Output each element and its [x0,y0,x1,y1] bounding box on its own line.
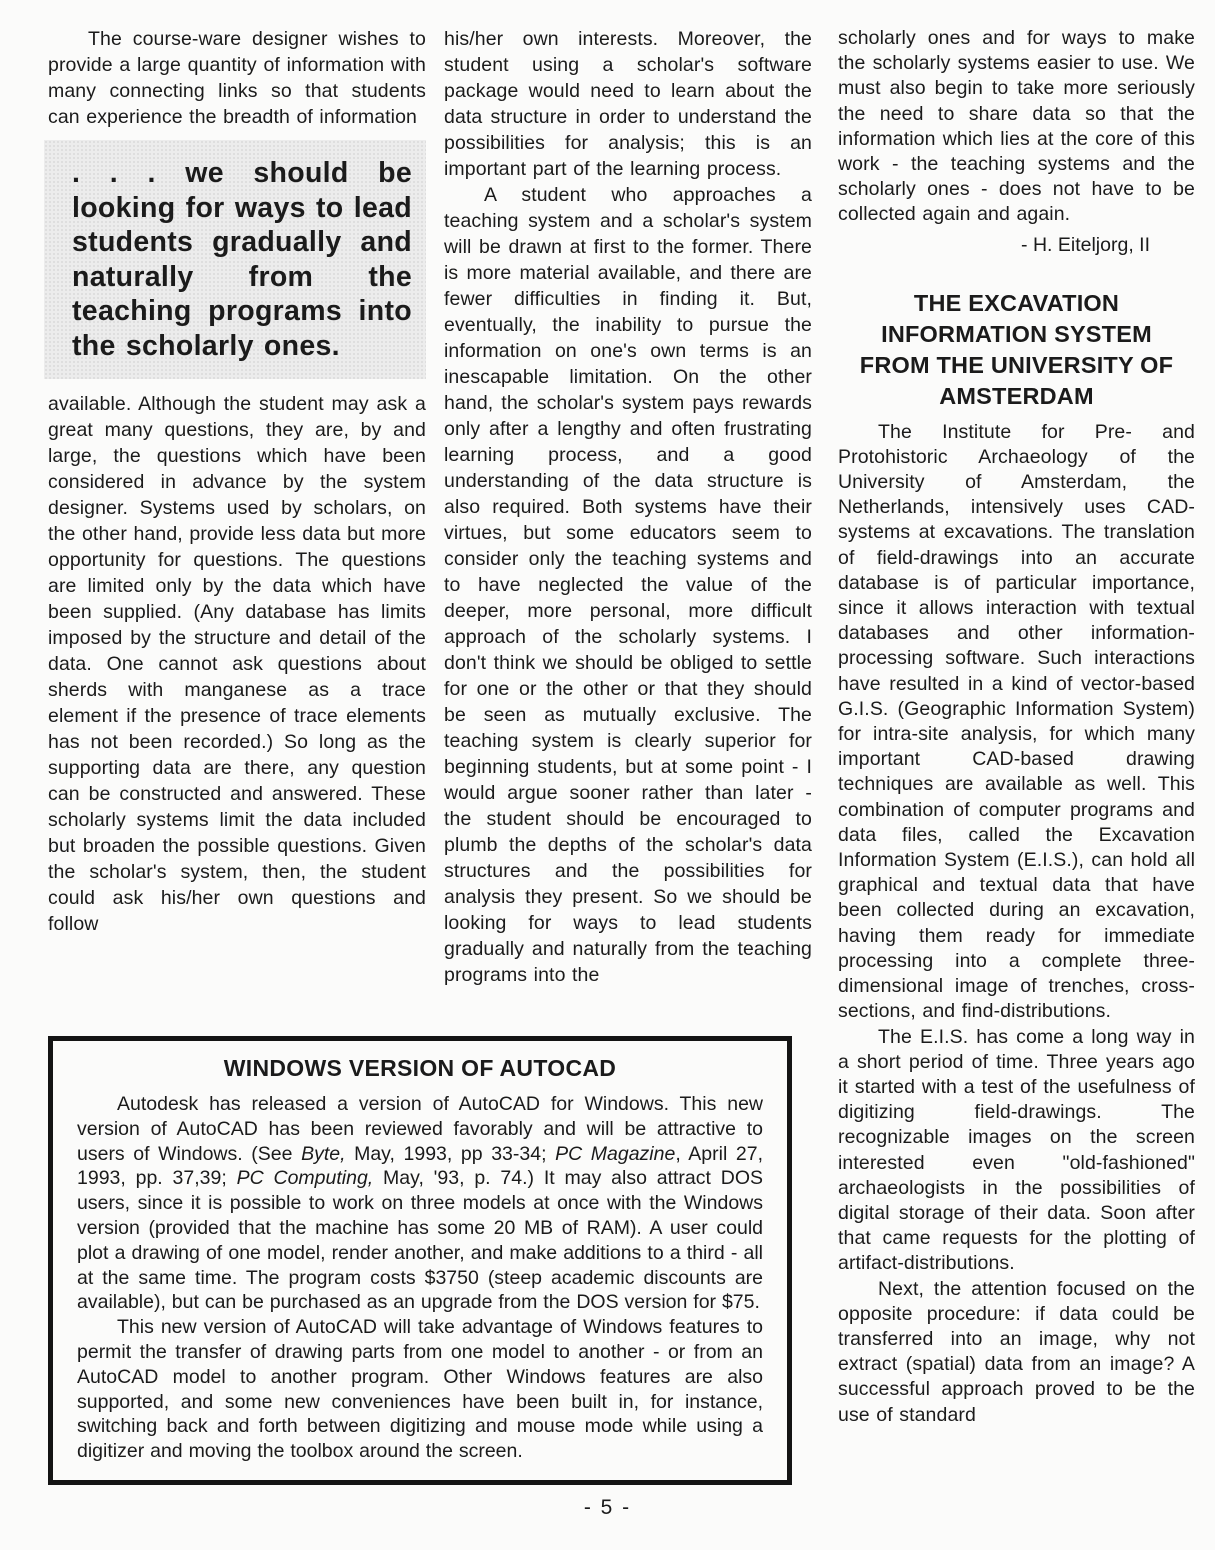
paragraph: scholarly ones and for ways to make the … [838,26,1195,228]
paragraph: available. Although the student may ask … [48,391,426,937]
pull-quote: . . . we should be looking for ways to l… [44,140,426,379]
paragraph: his/her own interests. Moreover, the stu… [444,26,812,182]
paragraph: Autodesk has released a version of AutoC… [77,1092,763,1315]
paragraph: This new version of AutoCAD will take ad… [77,1315,763,1464]
paragraph: The E.I.S. has come a long way in a shor… [838,1025,1195,1277]
paragraph: A student who approaches a teaching syst… [444,182,812,988]
paragraph: The course-ware designer wishes to provi… [48,26,426,130]
box-title: WINDOWS VERSION OF AUTOCAD [77,1055,763,1082]
column-right: scholarly ones and for ways to make the … [838,26,1195,1428]
article-heading: THE EXCAVATIONINFORMATION SYSTEMFROM THE… [838,288,1195,412]
autocad-sidebar-box: WINDOWS VERSION OF AUTOCAD Autodesk has … [48,1036,792,1485]
column-middle: his/her own interests. Moreover, the stu… [444,26,812,988]
page-number: - 5 - [0,1496,1215,1520]
paragraph: Next, the attention focused on the oppos… [838,1277,1195,1428]
column-left: The course-ware designer wishes to provi… [48,26,426,937]
newsletter-page: The course-ware designer wishes to provi… [0,0,1215,1550]
paragraph: The Institute for Pre- and Protohistoric… [838,420,1195,1025]
author-attribution: - H. Eiteljorg, II [838,232,1195,258]
